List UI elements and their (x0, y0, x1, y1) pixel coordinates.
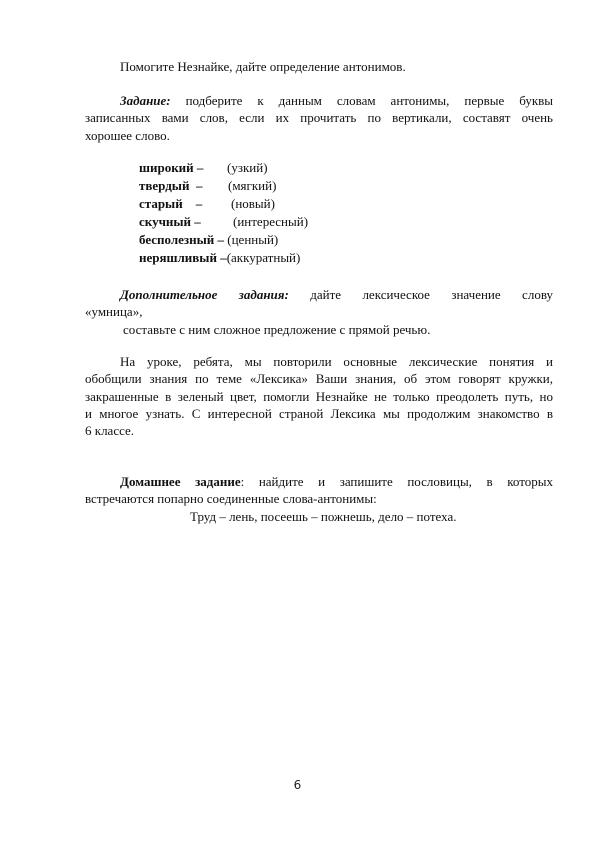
antonym-answer: (аккуратный) (227, 250, 301, 265)
page-number: 6 (0, 778, 595, 792)
antonym-row: неряшливый –(аккуратный) (139, 249, 300, 267)
antonym-row: бесполезный – (ценный) (139, 231, 300, 249)
extra-task-line-3: составьте с ним сложное предложение с пр… (85, 321, 553, 338)
antonym-word: широкий (139, 160, 194, 175)
dash: – (218, 232, 225, 247)
summary-line: На уроке, ребята, мы повторили основные … (85, 353, 553, 370)
dash: – (196, 196, 203, 211)
antonym-word: скучный (139, 214, 191, 229)
dash: – (196, 178, 203, 193)
antonym-word: твердый (139, 178, 189, 193)
extra-task-paragraph: Дополнительное задания: дайте лексическо… (85, 286, 553, 338)
summary-line: обобщили знания по теме «Лексика» Ваши з… (85, 370, 553, 387)
homework-line-2: встречаются попарно соединенные слова-ан… (85, 490, 553, 507)
extra-task-line-1: Дополнительное задания: дайте лексическо… (85, 286, 553, 303)
homework-line-1: Домашнее задание: найдите и запишите пос… (85, 473, 553, 490)
homework-label: Домашнее задание (120, 474, 241, 489)
antonym-word: бесполезный (139, 232, 214, 247)
task-text: подберите к данным словам антонимы, перв… (186, 93, 553, 108)
summary-line: 6 классе. (85, 422, 553, 439)
extra-task-text: дайте лексическое значение слову (310, 287, 553, 302)
summary-line: и многое узнать. С интересной страной Ле… (85, 405, 553, 422)
task-line-1: Задание: подберите к данным словам антон… (85, 92, 553, 109)
summary-line: закрашенные в зеленый цвет, помогли Незн… (85, 388, 553, 405)
task-line-2: записанных вами слов, если их прочитать … (85, 109, 553, 126)
antonym-answer: (ценный) (227, 232, 278, 247)
extra-task-label: Дополнительное задания: (120, 287, 289, 302)
antonym-row: широкий –(узкий) (139, 159, 300, 177)
task-paragraph: Задание: подберите к данным словам антон… (85, 92, 553, 144)
summary-paragraph: На уроке, ребята, мы повторили основные … (85, 353, 553, 439)
antonym-row: скучный –(интересный) (139, 213, 300, 231)
homework-text: : найдите и запишите пословицы, в которы… (241, 474, 553, 489)
antonym-answer: (новый) (231, 195, 275, 213)
antonym-row: твердый –(мягкий) (139, 177, 300, 195)
antonym-answer: (мягкий) (228, 177, 276, 195)
homework-paragraph: Домашнее задание: найдите и запишите пос… (85, 473, 553, 525)
proverb-example: Труд – лень, посеешь – пожнешь, дело – п… (85, 508, 553, 525)
task-line-3: хорошее слово. (85, 127, 553, 144)
task-label: Задание: (120, 93, 171, 108)
antonym-row: старый –(новый) (139, 195, 300, 213)
extra-task-line-2: «умница», (85, 303, 553, 320)
antonym-answer: (узкий) (227, 159, 268, 177)
antonym-answer: (интересный) (233, 213, 308, 231)
antonym-word: неряшливый (139, 250, 217, 265)
dash: – (194, 214, 201, 229)
intro-paragraph: Помогите Незнайке, дайте определение ант… (120, 58, 553, 75)
dash: – (197, 160, 204, 175)
antonym-list: широкий –(узкий) твердый –(мягкий) стары… (139, 159, 300, 267)
antonym-word: старый (139, 196, 183, 211)
